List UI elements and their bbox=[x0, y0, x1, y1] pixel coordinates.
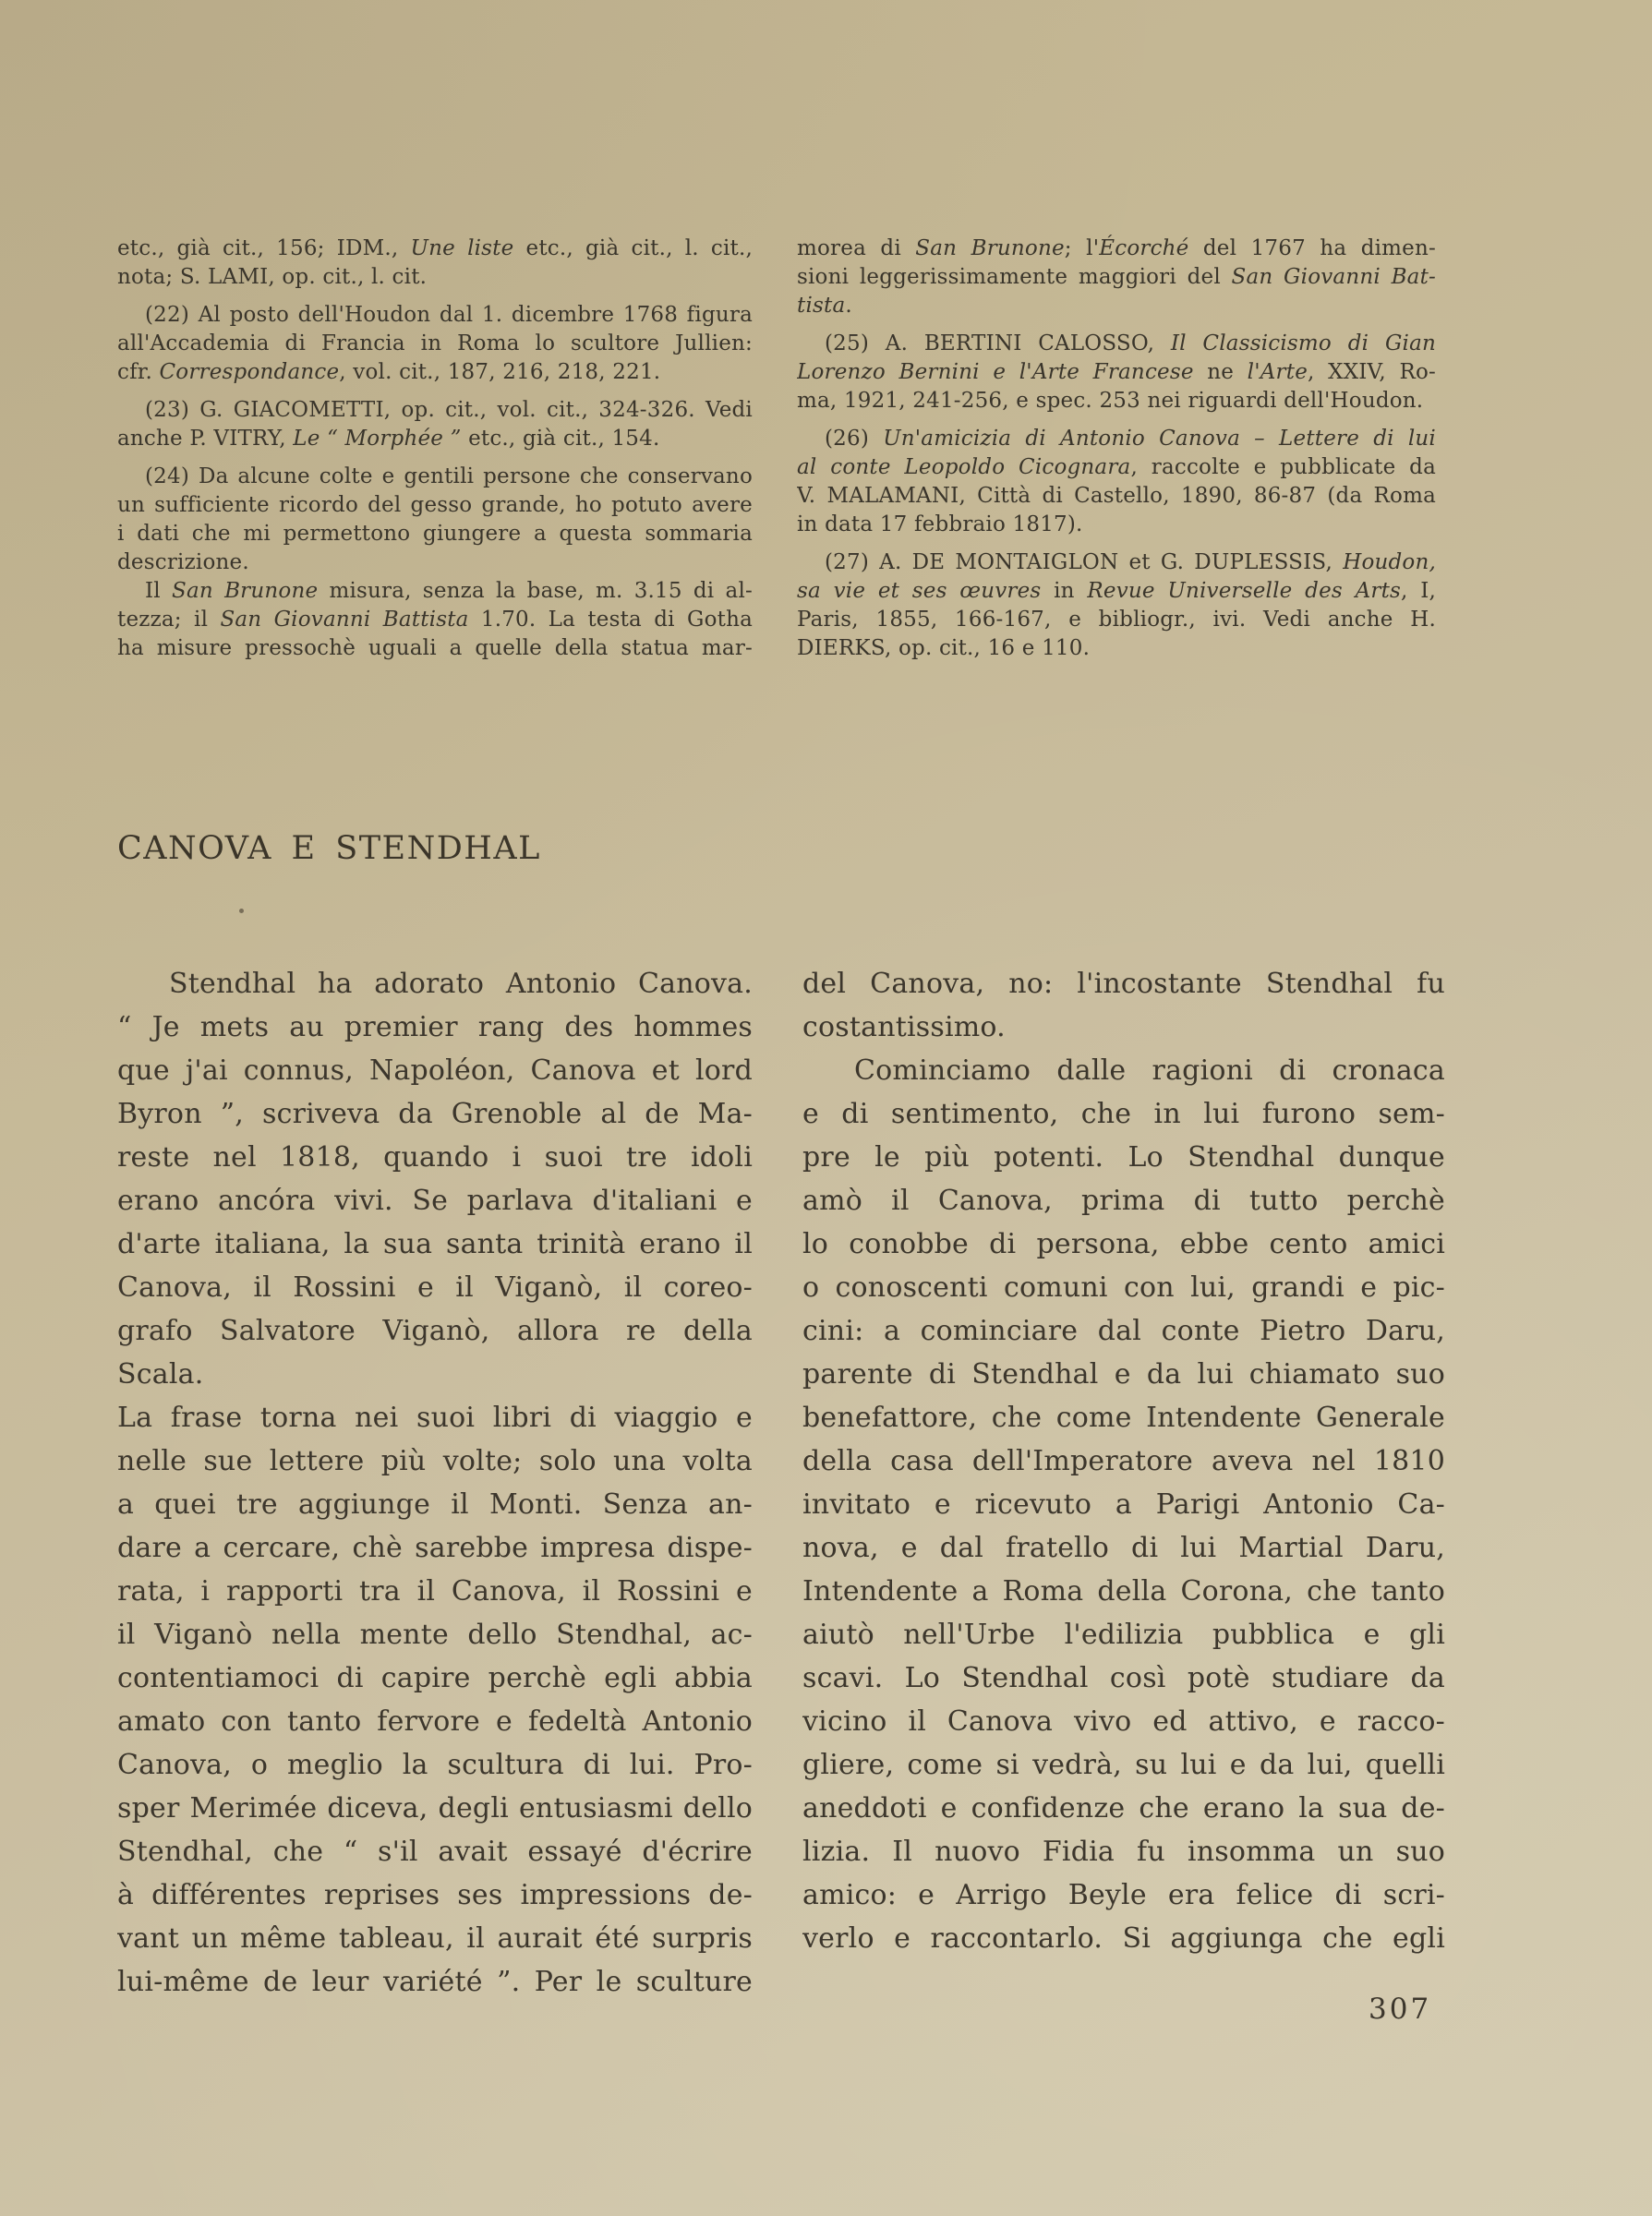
text-segment: DIERKS, op. cit., 16 e 110. bbox=[797, 636, 1090, 660]
text-line: benefattore, che come Intendente General… bbox=[802, 1396, 1445, 1439]
text-segment: cini: a cominciare dal conte Pietro Daru… bbox=[802, 1315, 1445, 1347]
text-line: lizia. Il nuovo Fidia fu insomma un suo bbox=[802, 1830, 1445, 1873]
italic-text-segment: San Brunone bbox=[915, 236, 1065, 260]
text-line: costantissimo. bbox=[802, 1006, 1445, 1049]
text-segment: in bbox=[1041, 579, 1087, 603]
text-segment: anche P. VITRY, bbox=[117, 427, 293, 451]
text-segment: Il bbox=[145, 579, 172, 603]
text-segment: 1.70. La testa di Gotha bbox=[469, 608, 753, 632]
italic-text-segment: Lorenzo Bernini e l'Arte Francese bbox=[797, 360, 1194, 384]
text-line: (26) Un'amicizia di Antonio Canova – Let… bbox=[797, 425, 1436, 453]
text-line: amò il Canova, prima di tutto perchè bbox=[802, 1179, 1445, 1222]
text-line: descrizione. bbox=[117, 548, 753, 577]
text-line: del Canova, no: l'incostante Stendhal fu bbox=[802, 962, 1445, 1006]
text-line: della casa dell'Imperatore aveva nel 181… bbox=[802, 1439, 1445, 1483]
text-segment: nova, e dal fratello di lui Martial Daru… bbox=[802, 1532, 1445, 1564]
italic-text-segment: Une liste bbox=[411, 236, 514, 260]
text-line: amato con tanto fervore e fedeltà Antoni… bbox=[117, 1700, 753, 1743]
text-segment: grafo Salvatore Viganò, allora re della … bbox=[117, 1315, 753, 1391]
text-line: DIERKS, op. cit., 16 e 110. bbox=[797, 634, 1436, 663]
text-line: al conte Leopoldo Cicognara, raccolte e … bbox=[797, 453, 1436, 482]
text-segment: aiutò nell'Urbe l'edilizia pubblica e gl… bbox=[802, 1619, 1445, 1651]
body-column-right: del Canova, no: l'incostante Stendhal fu… bbox=[802, 962, 1445, 1960]
text-segment: rata, i rapporti tra il Canova, il Rossi… bbox=[117, 1575, 753, 1608]
text-line: d'arte italiana, la sua santa trinità er… bbox=[117, 1222, 753, 1266]
text-segment: Intendente a Roma della Corona, che tant… bbox=[802, 1575, 1445, 1608]
text-line: (22) Al posto dell'Houdon dal 1. dicembr… bbox=[117, 301, 753, 330]
text-segment: amò il Canova, prima di tutto perchè bbox=[802, 1185, 1445, 1217]
text-segment: scavi. Lo Stendhal così potè studiare da bbox=[802, 1662, 1445, 1694]
text-segment: (27) A. DE MONTAIGLON et G. DUPLESSIS, bbox=[825, 550, 1343, 574]
text-line: amico: e Arrigo Beyle era felice di scri… bbox=[802, 1873, 1445, 1917]
italic-text-segment: San Brunone bbox=[172, 579, 318, 603]
text-segment: (26) bbox=[825, 427, 883, 451]
italic-text-segment: al conte Leopoldo Cicognara bbox=[797, 455, 1130, 479]
text-segment: La frase torna nei suoi libri di viaggio… bbox=[117, 1402, 753, 1434]
text-line: grafo Salvatore Viganò, allora re della … bbox=[117, 1309, 753, 1396]
text-line: lo conobbe di persona, ebbe cento amici bbox=[802, 1222, 1445, 1266]
text-segment: gliere, come si vedrà, su lui e da lui, … bbox=[802, 1749, 1445, 1781]
text-segment: e di sentimento, che in lui furono sem- bbox=[802, 1098, 1445, 1130]
text-line: à différentes reprises ses impressions d… bbox=[117, 1873, 753, 1917]
italic-text-segment: tista bbox=[797, 294, 845, 318]
text-segment: erano ancóra vivi. Se parlava d'italiani… bbox=[117, 1185, 753, 1217]
italic-text-segment: San Giovanni Bat- bbox=[1232, 265, 1436, 289]
text-segment: dare a cercare, chè sarebbe impresa disp… bbox=[117, 1532, 753, 1564]
text-line: Stendhal, che “ s'il avait essayé d'écri… bbox=[117, 1830, 753, 1873]
text-segment: amico: e Arrigo Beyle era felice di scri… bbox=[802, 1879, 1445, 1911]
footnotes-column-right: morea di San Brunone; l'Écorché del 1767… bbox=[797, 235, 1436, 663]
text-line: lui-même de leur variété ”. Per le scult… bbox=[117, 1960, 753, 2004]
text-segment: morea di bbox=[797, 236, 915, 260]
text-segment: lo conobbe di persona, ebbe cento amici bbox=[802, 1228, 1445, 1260]
text-segment: cfr. bbox=[117, 360, 159, 384]
text-segment: (25) A. BERTINI CALOSSO, bbox=[825, 331, 1171, 355]
text-line: Paris, 1855, 166-167, e bibliogr., ivi. … bbox=[797, 606, 1436, 634]
text-line: vicino il Canova vivo ed attivo, e racco… bbox=[802, 1700, 1445, 1743]
text-line: invitato e ricevuto a Parigi Antonio Ca- bbox=[802, 1483, 1445, 1526]
print-speck bbox=[239, 909, 244, 913]
text-line: il Viganò nella mente dello Stendhal, ac… bbox=[117, 1613, 753, 1656]
italic-text-segment: Il Classicismo di Gian bbox=[1171, 331, 1436, 355]
italic-text-segment: Houdon, bbox=[1343, 550, 1436, 574]
text-line: nova, e dal fratello di lui Martial Daru… bbox=[802, 1526, 1445, 1570]
text-line: (25) A. BERTINI CALOSSO, Il Classicismo … bbox=[797, 330, 1436, 358]
text-segment: tezza; il bbox=[117, 608, 220, 632]
text-line: nota; S. LAMI, op. cit., l. cit. bbox=[117, 263, 753, 292]
text-line: (23) G. GIACOMETTI, op. cit., vol. cit.,… bbox=[117, 396, 753, 425]
text-line: V. MALAMANI, Città di Castello, 1890, 86… bbox=[797, 482, 1436, 511]
text-segment: Paris, 1855, 166-167, e bibliogr., ivi. … bbox=[797, 608, 1436, 632]
text-line: e di sentimento, che in lui furono sem- bbox=[802, 1092, 1445, 1136]
italic-text-segment: Revue Universelle des Arts bbox=[1087, 579, 1401, 603]
text-segment: amato con tanto fervore e fedeltà Antoni… bbox=[117, 1705, 753, 1738]
text-line: morea di San Brunone; l'Écorché del 1767… bbox=[797, 235, 1436, 263]
text-line: vant un même tableau, il aurait été surp… bbox=[117, 1917, 753, 1960]
section-heading: CANOVA E STENDHAL bbox=[117, 830, 541, 867]
text-segment: , I, bbox=[1401, 579, 1436, 603]
text-segment: ne bbox=[1194, 360, 1248, 384]
text-segment: Cominciamo dalle ragioni di cronaca bbox=[854, 1054, 1445, 1087]
text-segment: ma, 1921, 241-256, e spec. 253 nei rigua… bbox=[797, 389, 1423, 413]
text-line: dare a cercare, chè sarebbe impresa disp… bbox=[117, 1526, 753, 1570]
text-line: aiutò nell'Urbe l'edilizia pubblica e gl… bbox=[802, 1613, 1445, 1656]
italic-text-segment: Le “ Morphée ” bbox=[293, 427, 461, 451]
text-line: sioni leggerissimamente maggiori del San… bbox=[797, 263, 1436, 292]
text-segment: benefattore, che come Intendente General… bbox=[802, 1402, 1445, 1434]
page-number: 307 bbox=[1369, 1993, 1431, 2026]
text-line: i dati che mi permettono giungere a ques… bbox=[117, 520, 753, 548]
text-line: aneddoti e confidenze che erano la sua d… bbox=[802, 1787, 1445, 1830]
text-line: (27) A. DE MONTAIGLON et G. DUPLESSIS, H… bbox=[797, 548, 1436, 577]
text-segment: d'arte italiana, la sua santa trinità er… bbox=[117, 1228, 753, 1260]
text-segment: pre le più potenti. Lo Stendhal dunque bbox=[802, 1141, 1445, 1174]
italic-text-segment: Un'amicizia di Antonio Canova – Lettere … bbox=[883, 427, 1436, 451]
text-line: erano ancóra vivi. Se parlava d'italiani… bbox=[117, 1179, 753, 1222]
text-segment: il Viganò nella mente dello Stendhal, ac… bbox=[117, 1619, 753, 1651]
text-segment: un sufficiente ricordo del gesso grande,… bbox=[117, 493, 753, 517]
text-line: nelle sue lettere più volte; solo una vo… bbox=[117, 1439, 753, 1483]
text-segment: nota; S. LAMI, op. cit., l. cit. bbox=[117, 265, 427, 289]
text-segment: contentiamoci di capire perchè egli abbi… bbox=[117, 1662, 753, 1694]
text-segment: “ Je mets au premier rang des hommes bbox=[117, 1011, 753, 1043]
text-line: Il San Brunone misura, senza la base, m.… bbox=[117, 577, 753, 606]
text-line: gliere, come si vedrà, su lui e da lui, … bbox=[802, 1743, 1445, 1787]
text-line: a quei tre aggiunge il Monti. Senza an- bbox=[117, 1483, 753, 1526]
text-segment: ; l' bbox=[1065, 236, 1099, 260]
text-line: pre le più potenti. Lo Stendhal dunque bbox=[802, 1136, 1445, 1179]
text-segment: , vol. cit., 187, 216, 218, 221. bbox=[339, 360, 660, 384]
text-segment: etc., già cit., 156; IDM., bbox=[117, 236, 411, 260]
text-segment: (23) G. GIACOMETTI, op. cit., vol. cit.,… bbox=[145, 398, 753, 422]
italic-text-segment: l'Arte bbox=[1248, 360, 1308, 384]
italic-text-segment: sa vie et ses œuvres bbox=[797, 579, 1041, 603]
text-line: sper Merimée diceva, degli entusiasmi de… bbox=[117, 1787, 753, 1830]
text-segment: etc., già cit., l. cit., bbox=[513, 236, 753, 260]
italic-text-segment: Écorché bbox=[1099, 236, 1188, 260]
text-line: cfr. Correspondance, vol. cit., 187, 216… bbox=[117, 358, 753, 387]
text-segment: ha misure pressochè uguali a quelle dell… bbox=[117, 636, 753, 660]
text-segment: del Canova, no: l'incostante Stendhal fu bbox=[802, 968, 1445, 1000]
text-segment: invitato e ricevuto a Parigi Antonio Ca- bbox=[802, 1488, 1445, 1521]
text-segment: costantissimo. bbox=[802, 1011, 1006, 1043]
text-segment: V. MALAMANI, Città di Castello, 1890, 86… bbox=[797, 484, 1436, 508]
text-segment: lui-même de leur variété ”. Per le scult… bbox=[117, 1966, 753, 1998]
body-column-left: Stendhal ha adorato Antonio Canova.“ Je … bbox=[117, 962, 753, 2004]
text-segment: lizia. Il nuovo Fidia fu insomma un suo bbox=[802, 1836, 1445, 1868]
text-segment: all'Accademia di Francia in Roma lo scul… bbox=[117, 331, 753, 355]
text-line: sa vie et ses œuvres in Revue Universell… bbox=[797, 577, 1436, 606]
text-line: La frase torna nei suoi libri di viaggio… bbox=[117, 1396, 753, 1439]
text-segment: Stendhal, che “ s'il avait essayé d'écri… bbox=[117, 1836, 753, 1868]
text-line: rata, i rapporti tra il Canova, il Rossi… bbox=[117, 1570, 753, 1613]
text-segment: (24) Da alcune colte e gentili persone c… bbox=[145, 464, 753, 488]
text-segment: del 1767 ha dimen- bbox=[1188, 236, 1436, 260]
text-line: tista. bbox=[797, 292, 1436, 320]
text-line: reste nel 1818, quando i suoi tre idoli bbox=[117, 1136, 753, 1179]
text-line: all'Accademia di Francia in Roma lo scul… bbox=[117, 330, 753, 358]
text-segment: verlo e raccontarlo. Si aggiunga che egl… bbox=[802, 1922, 1445, 1955]
text-segment: parente di Stendhal e da lui chiamato su… bbox=[802, 1358, 1445, 1391]
text-segment: vant un même tableau, il aurait été surp… bbox=[117, 1922, 753, 1955]
text-line: parente di Stendhal e da lui chiamato su… bbox=[802, 1353, 1445, 1396]
text-line: Canova, il Rossini e il Viganò, il coreo… bbox=[117, 1266, 753, 1309]
text-segment: , XXIV, Ro- bbox=[1308, 360, 1436, 384]
text-segment: i dati che mi permettono giungere a ques… bbox=[117, 522, 753, 546]
text-line: que j'ai connus, Napoléon, Canova et lor… bbox=[117, 1049, 753, 1092]
text-line: (24) Da alcune colte e gentili persone c… bbox=[117, 463, 753, 491]
text-line: Cominciamo dalle ragioni di cronaca bbox=[802, 1049, 1445, 1092]
text-segment: Canova, il Rossini e il Viganò, il coreo… bbox=[117, 1271, 753, 1304]
text-line: cini: a cominciare dal conte Pietro Daru… bbox=[802, 1309, 1445, 1353]
text-segment: a quei tre aggiunge il Monti. Senza an- bbox=[117, 1488, 753, 1521]
text-line: contentiamoci di capire perchè egli abbi… bbox=[117, 1656, 753, 1700]
text-line: Byron ”, scriveva da Grenoble al de Ma- bbox=[117, 1092, 753, 1136]
text-segment: , raccolte e pubblicate da bbox=[1130, 455, 1436, 479]
footnotes-column-left: etc., già cit., 156; IDM., Une liste etc… bbox=[117, 235, 753, 663]
text-segment: descrizione. bbox=[117, 550, 249, 574]
text-segment: etc., già cit., 154. bbox=[462, 427, 660, 451]
text-line: etc., già cit., 156; IDM., Une liste etc… bbox=[117, 235, 753, 263]
text-line: un sufficiente ricordo del gesso grande,… bbox=[117, 491, 753, 520]
text-segment: o conoscenti comuni con lui, grandi e pi… bbox=[802, 1271, 1445, 1304]
text-segment: Canova, o meglio la scultura di lui. Pro… bbox=[117, 1749, 753, 1781]
text-segment: à différentes reprises ses impressions d… bbox=[117, 1879, 753, 1911]
text-segment: sioni leggerissimamente maggiori del bbox=[797, 265, 1232, 289]
text-line: ha misure pressochè uguali a quelle dell… bbox=[117, 634, 753, 663]
text-segment: Byron ”, scriveva da Grenoble al de Ma- bbox=[117, 1098, 753, 1130]
text-line: Canova, o meglio la scultura di lui. Pro… bbox=[117, 1743, 753, 1787]
text-segment: della casa dell'Imperatore aveva nel 181… bbox=[802, 1445, 1445, 1477]
text-line: scavi. Lo Stendhal così potè studiare da bbox=[802, 1656, 1445, 1700]
text-segment: nelle sue lettere più volte; solo una vo… bbox=[117, 1445, 753, 1477]
text-segment: misura, senza la base, m. 3.15 di al- bbox=[318, 579, 753, 603]
text-line: Stendhal ha adorato Antonio Canova. bbox=[117, 962, 753, 1006]
text-line: Intendente a Roma della Corona, che tant… bbox=[802, 1570, 1445, 1613]
text-line: verlo e raccontarlo. Si aggiunga che egl… bbox=[802, 1917, 1445, 1960]
text-segment: sper Merimée diceva, degli entusiasmi de… bbox=[117, 1792, 753, 1825]
text-segment: reste nel 1818, quando i suoi tre idoli bbox=[117, 1141, 753, 1174]
italic-text-segment: San Giovanni Battista bbox=[220, 608, 468, 632]
italic-text-segment: Correspondance bbox=[159, 360, 339, 384]
text-line: o conoscenti comuni con lui, grandi e pi… bbox=[802, 1266, 1445, 1309]
text-segment: in data 17 febbraio 1817). bbox=[797, 512, 1083, 536]
text-line: Lorenzo Bernini e l'Arte Francese ne l'A… bbox=[797, 358, 1436, 387]
book-page-scan: etc., già cit., 156; IDM., Une liste etc… bbox=[0, 0, 1652, 2216]
text-segment: que j'ai connus, Napoléon, Canova et lor… bbox=[117, 1054, 753, 1087]
text-segment: . bbox=[845, 294, 852, 318]
text-segment: aneddoti e confidenze che erano la sua d… bbox=[802, 1792, 1445, 1825]
text-segment: vicino il Canova vivo ed attivo, e racco… bbox=[802, 1705, 1445, 1738]
text-segment: (22) Al posto dell'Houdon dal 1. dicembr… bbox=[145, 303, 753, 327]
text-line: “ Je mets au premier rang des hommes bbox=[117, 1006, 753, 1049]
text-segment: Stendhal ha adorato Antonio Canova. bbox=[169, 968, 753, 1000]
text-line: anche P. VITRY, Le “ Morphée ” etc., già… bbox=[117, 425, 753, 453]
text-line: ma, 1921, 241-256, e spec. 253 nei rigua… bbox=[797, 387, 1436, 415]
text-line: tezza; il San Giovanni Battista 1.70. La… bbox=[117, 606, 753, 634]
text-line: in data 17 febbraio 1817). bbox=[797, 511, 1436, 539]
